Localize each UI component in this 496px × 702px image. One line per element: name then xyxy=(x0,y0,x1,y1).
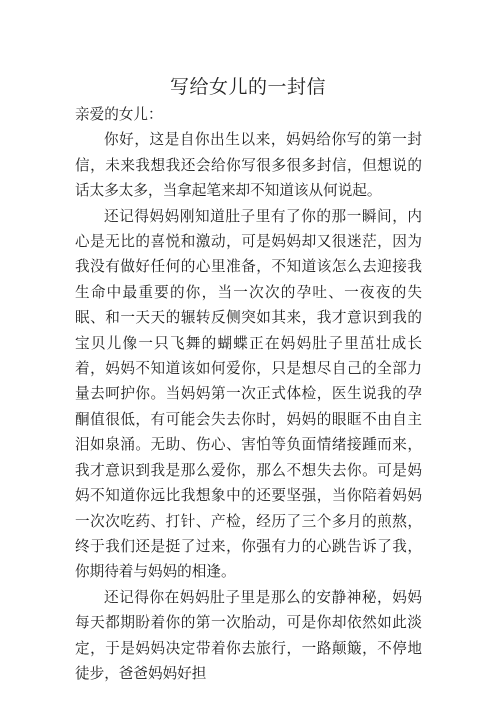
document-page: 写给女儿的一封信 亲爱的女儿： 你好，这是自你出生以来，妈妈给你写的第一封信，未… xyxy=(0,0,496,702)
salutation: 亲爱的女儿： xyxy=(75,102,422,127)
paragraph-2: 还记得妈妈刚知道肚子里有了你的那一瞬间，内心是无比的喜悦和激动，可是妈妈却又很迷… xyxy=(75,204,422,585)
document-title: 写给女儿的一封信 xyxy=(0,74,496,100)
paragraph-1: 你好，这是自你出生以来，妈妈给你写的第一封信，未来我想我还会给你写很多很多封信，… xyxy=(75,127,422,203)
paragraph-3: 还记得你在妈妈肚子里是那么的安静神秘，妈妈每天都期盼着你的第一次胎动，可是你却依… xyxy=(75,585,422,687)
letter-body: 亲爱的女儿： 你好，这是自你出生以来，妈妈给你写的第一封信，未来我想我还会给你写… xyxy=(75,102,422,686)
